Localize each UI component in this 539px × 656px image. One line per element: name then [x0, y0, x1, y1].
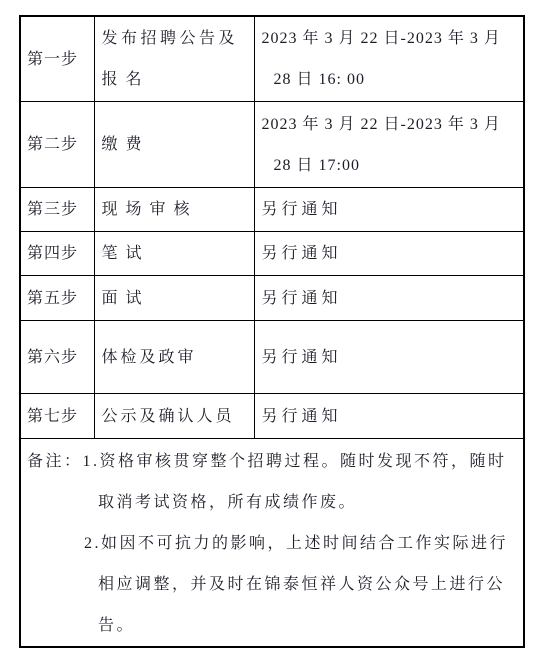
- table-row-notes: 备注：1.资格审核贯穿整个招聘过程。随时发现不符，随时 取消考试资格，所有成绩作…: [20, 439, 524, 648]
- time-text: 2023 年 3 月 22 日-2023 年 3 月: [262, 104, 523, 145]
- step-label: 第二步: [27, 124, 93, 165]
- time-cell: 2023 年 3 月 22 日-2023 年 3 月 28 日 16: 00: [254, 16, 524, 102]
- step-label: 第一步: [27, 39, 93, 80]
- time-cell: 另行通知: [254, 321, 524, 394]
- step-label: 第三步: [27, 189, 93, 230]
- activity-cell: 公示及确认人员: [94, 394, 254, 439]
- recruitment-schedule-table: 第一步 发布招聘公告及 报名 2023 年 3 月 22 日-2023 年 3 …: [19, 15, 525, 648]
- step-cell: 第六步: [20, 321, 94, 394]
- time-text: 另行通知: [262, 337, 523, 378]
- time-cell: 另行通知: [254, 276, 524, 321]
- time-text: 另行通知: [262, 233, 523, 274]
- table-row-step-4: 第四步 笔试 另行通知: [20, 232, 524, 276]
- notes-cell: 备注：1.资格审核贯穿整个招聘过程。随时发现不符，随时 取消考试资格，所有成绩作…: [20, 439, 524, 648]
- step-cell: 第五步: [20, 276, 94, 321]
- time-text: 28 日 17:00: [262, 145, 523, 186]
- activity-cell: 缴费: [94, 102, 254, 188]
- activity-cell: 发布招聘公告及 报名: [94, 16, 254, 102]
- time-text: 28 日 16: 00: [262, 59, 523, 100]
- step-cell: 第七步: [20, 394, 94, 439]
- time-text: 2023 年 3 月 22 日-2023 年 3 月: [262, 18, 523, 59]
- time-cell: 另行通知: [254, 394, 524, 439]
- notes-line: 相应调整，并及时在锦泰恒祥人资公众号上进行公: [27, 564, 515, 605]
- table-row-step-1: 第一步 发布招聘公告及 报名 2023 年 3 月 22 日-2023 年 3 …: [20, 16, 524, 102]
- time-cell: 2023 年 3 月 22 日-2023 年 3 月 28 日 17:00: [254, 102, 524, 188]
- activity-text: 现场审核: [102, 189, 246, 230]
- time-cell: 另行通知: [254, 232, 524, 276]
- activity-text: 报名: [102, 59, 246, 100]
- activity-cell: 面试: [94, 276, 254, 321]
- notes-line: 备注：1.资格审核贯穿整个招聘过程。随时发现不符，随时: [27, 441, 515, 482]
- step-label: 第六步: [27, 337, 93, 378]
- activity-text: 缴费: [102, 124, 246, 165]
- time-cell: 另行通知: [254, 188, 524, 232]
- step-cell: 第四步: [20, 232, 94, 276]
- activity-text: 面试: [102, 278, 246, 319]
- notes-line: 告。: [27, 605, 515, 646]
- table-row-step-3: 第三步 现场审核 另行通知: [20, 188, 524, 232]
- notes-line: 取消考试资格，所有成绩作废。: [27, 482, 515, 523]
- activity-text: 公示及确认人员: [102, 396, 246, 437]
- step-cell: 第二步: [20, 102, 94, 188]
- table-row-step-5: 第五步 面试 另行通知: [20, 276, 524, 321]
- activity-cell: 笔试: [94, 232, 254, 276]
- step-label: 第七步: [27, 396, 93, 437]
- activity-cell: 现场审核: [94, 188, 254, 232]
- table-row-step-6: 第六步 体检及政审 另行通知: [20, 321, 524, 394]
- time-text: 另行通知: [262, 278, 523, 319]
- document-page: 第一步 发布招聘公告及 报名 2023 年 3 月 22 日-2023 年 3 …: [0, 0, 539, 648]
- table-row-step-7: 第七步 公示及确认人员 另行通知: [20, 394, 524, 439]
- notes-line: 2.如因不可抗力的影响，上述时间结合工作实际进行: [27, 523, 515, 564]
- activity-text: 笔试: [102, 233, 246, 274]
- activity-text: 发布招聘公告及: [102, 18, 246, 59]
- time-text: 另行通知: [262, 189, 523, 230]
- step-cell: 第一步: [20, 16, 94, 102]
- activity-text: 体检及政审: [102, 337, 246, 378]
- step-label: 第四步: [27, 233, 93, 274]
- step-cell: 第三步: [20, 188, 94, 232]
- step-label: 第五步: [27, 278, 93, 319]
- activity-cell: 体检及政审: [94, 321, 254, 394]
- time-text: 另行通知: [262, 396, 523, 437]
- table-row-step-2: 第二步 缴费 2023 年 3 月 22 日-2023 年 3 月 28 日 1…: [20, 102, 524, 188]
